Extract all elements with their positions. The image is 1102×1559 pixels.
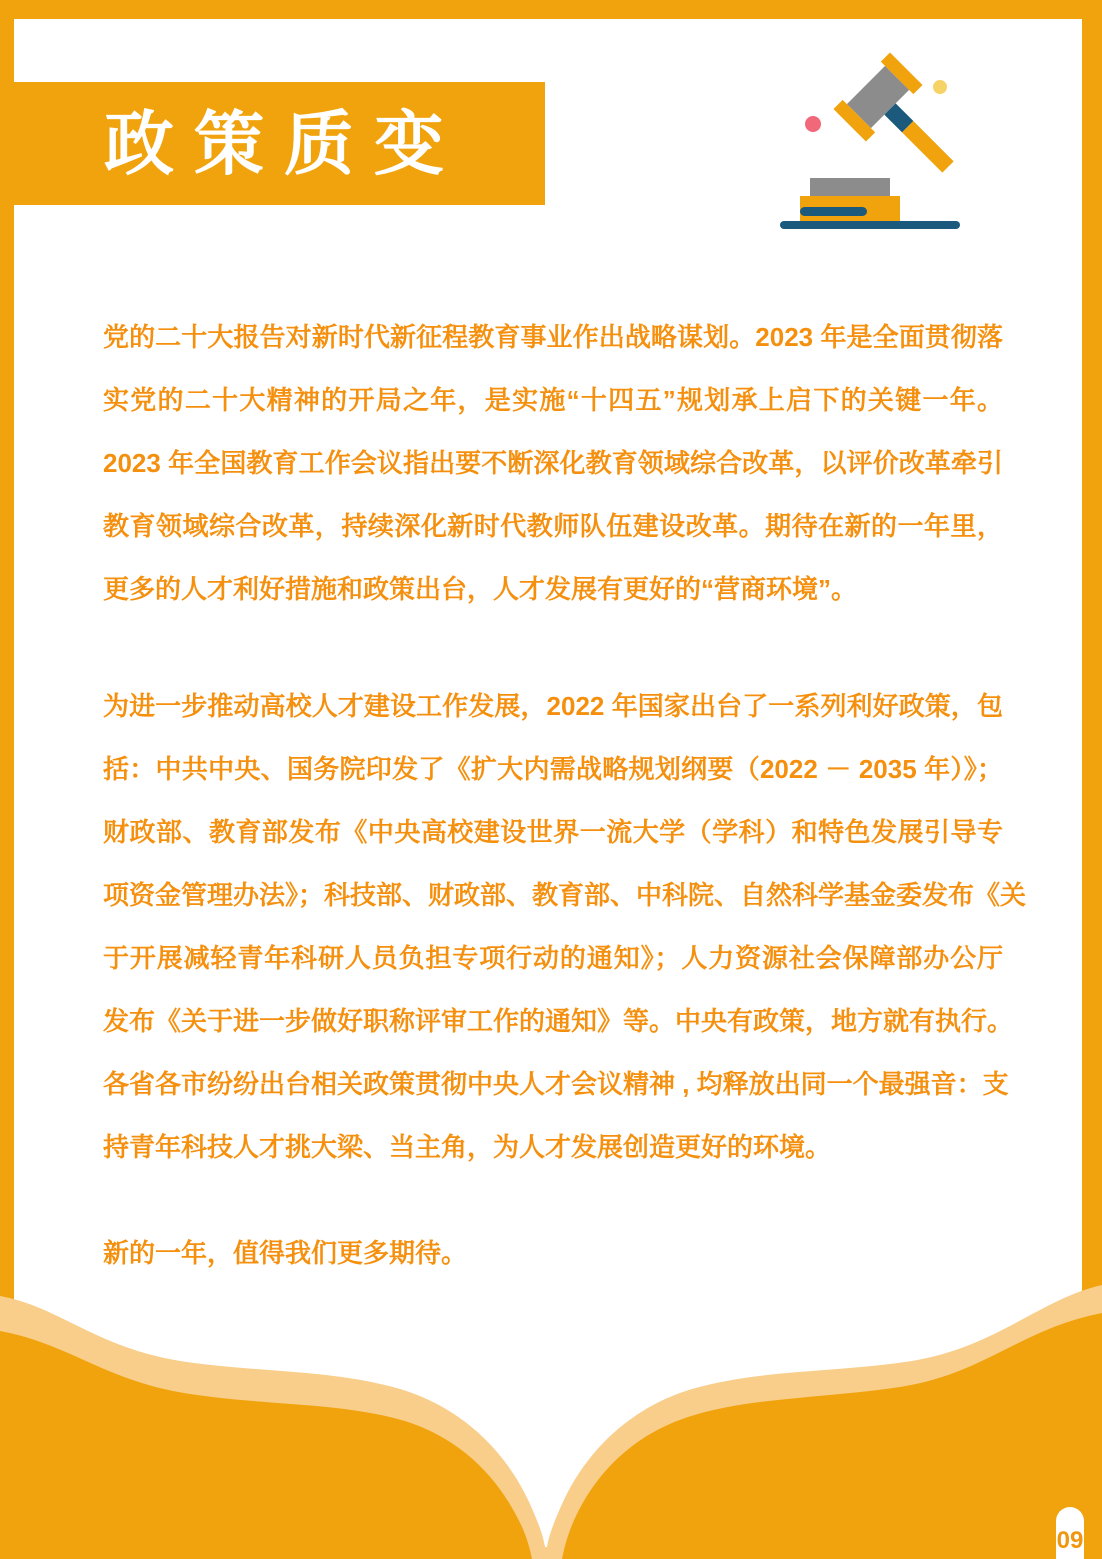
top-border-bar [0,0,1102,19]
text-line: 为进一步推动高校人才建设工作发展，2022 年国家出台了一系列利好政策，包 [103,675,1003,738]
pink-dot-icon [805,116,821,132]
gavel-icon [758,40,998,260]
book-left-page [0,1331,532,1559]
page-title: 政策质变 [0,109,464,179]
title-banner: 政策质变 [0,82,545,205]
page-number: 09 [1057,1529,1084,1559]
page-number-pill: 09 [1056,1507,1084,1559]
text-line: 于开展减轻青年科研人员负担专项行动的通知》；人力资源社会保障部办公厅 [103,927,1003,990]
text-line: 教育领域综合改革，持续深化新时代教师队伍建设改革。期待在新的一年里， [103,495,1003,558]
gavel-base [780,178,960,229]
text-line: 括：中共中央、国务院印发了《扩大内需战略规划纲要（2022 － 2035 年）》… [103,738,1003,801]
text-line: 财政部、教育部发布《中央高校建设世界一流大学（学科）和特色发展引导专 [103,801,1003,864]
open-book-graphic [0,1269,1102,1559]
text-line: 更多的人才利好措施和政策出台，人才发展有更好的“营商环境”。 [103,558,1003,621]
text-line: 2023 年全国教育工作会议指出要不断深化教育领域综合改革，以评价改革牵引 [103,432,1003,495]
text-line: 项资金管理办法》；科技部、财政部、教育部、中科院、自然科学基金委发布《关 [103,864,1003,927]
paragraph-2: 为进一步推动高校人才建设工作发展，2022 年国家出台了一系列利好政策，包 括：… [103,675,1003,1179]
text-line: 发布《关于进一步做好职称评审工作的通知》等。中央有政策，地方就有执行。 [103,990,1003,1053]
yellow-dot-icon [933,80,947,94]
text-line: 实党的二十大精神的开局之年，是实施“十四五”规划承上启下的关键一年。 [103,369,1003,432]
text-line: 各省各市纷纷出台相关政策贯彻中央人才会议精神 , 均释放出同一个最强音：支 [103,1053,1003,1116]
text-line: 持青年科技人才挑大梁、当主角，为人才发展创造更好的环境。 [103,1116,1003,1179]
text-line: 党的二十大报告对新时代新征程教育事业作出战略谋划。2023 年是全面贯彻落 [103,306,1003,369]
paragraph-1: 党的二十大报告对新时代新征程教育事业作出战略谋划。2023 年是全面贯彻落 实党… [103,306,1003,621]
gavel-head-and-handle [833,52,976,195]
